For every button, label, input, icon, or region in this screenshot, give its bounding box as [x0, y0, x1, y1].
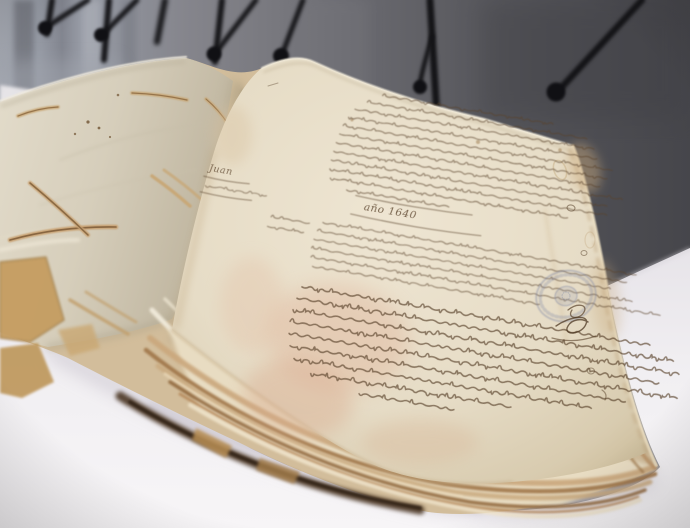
- photo-of-open-manuscript: Juan año 1640: [0, 0, 690, 528]
- manuscript-photo-svg: Juan año 1640: [0, 0, 690, 528]
- vignette-overlay: [0, 0, 690, 528]
